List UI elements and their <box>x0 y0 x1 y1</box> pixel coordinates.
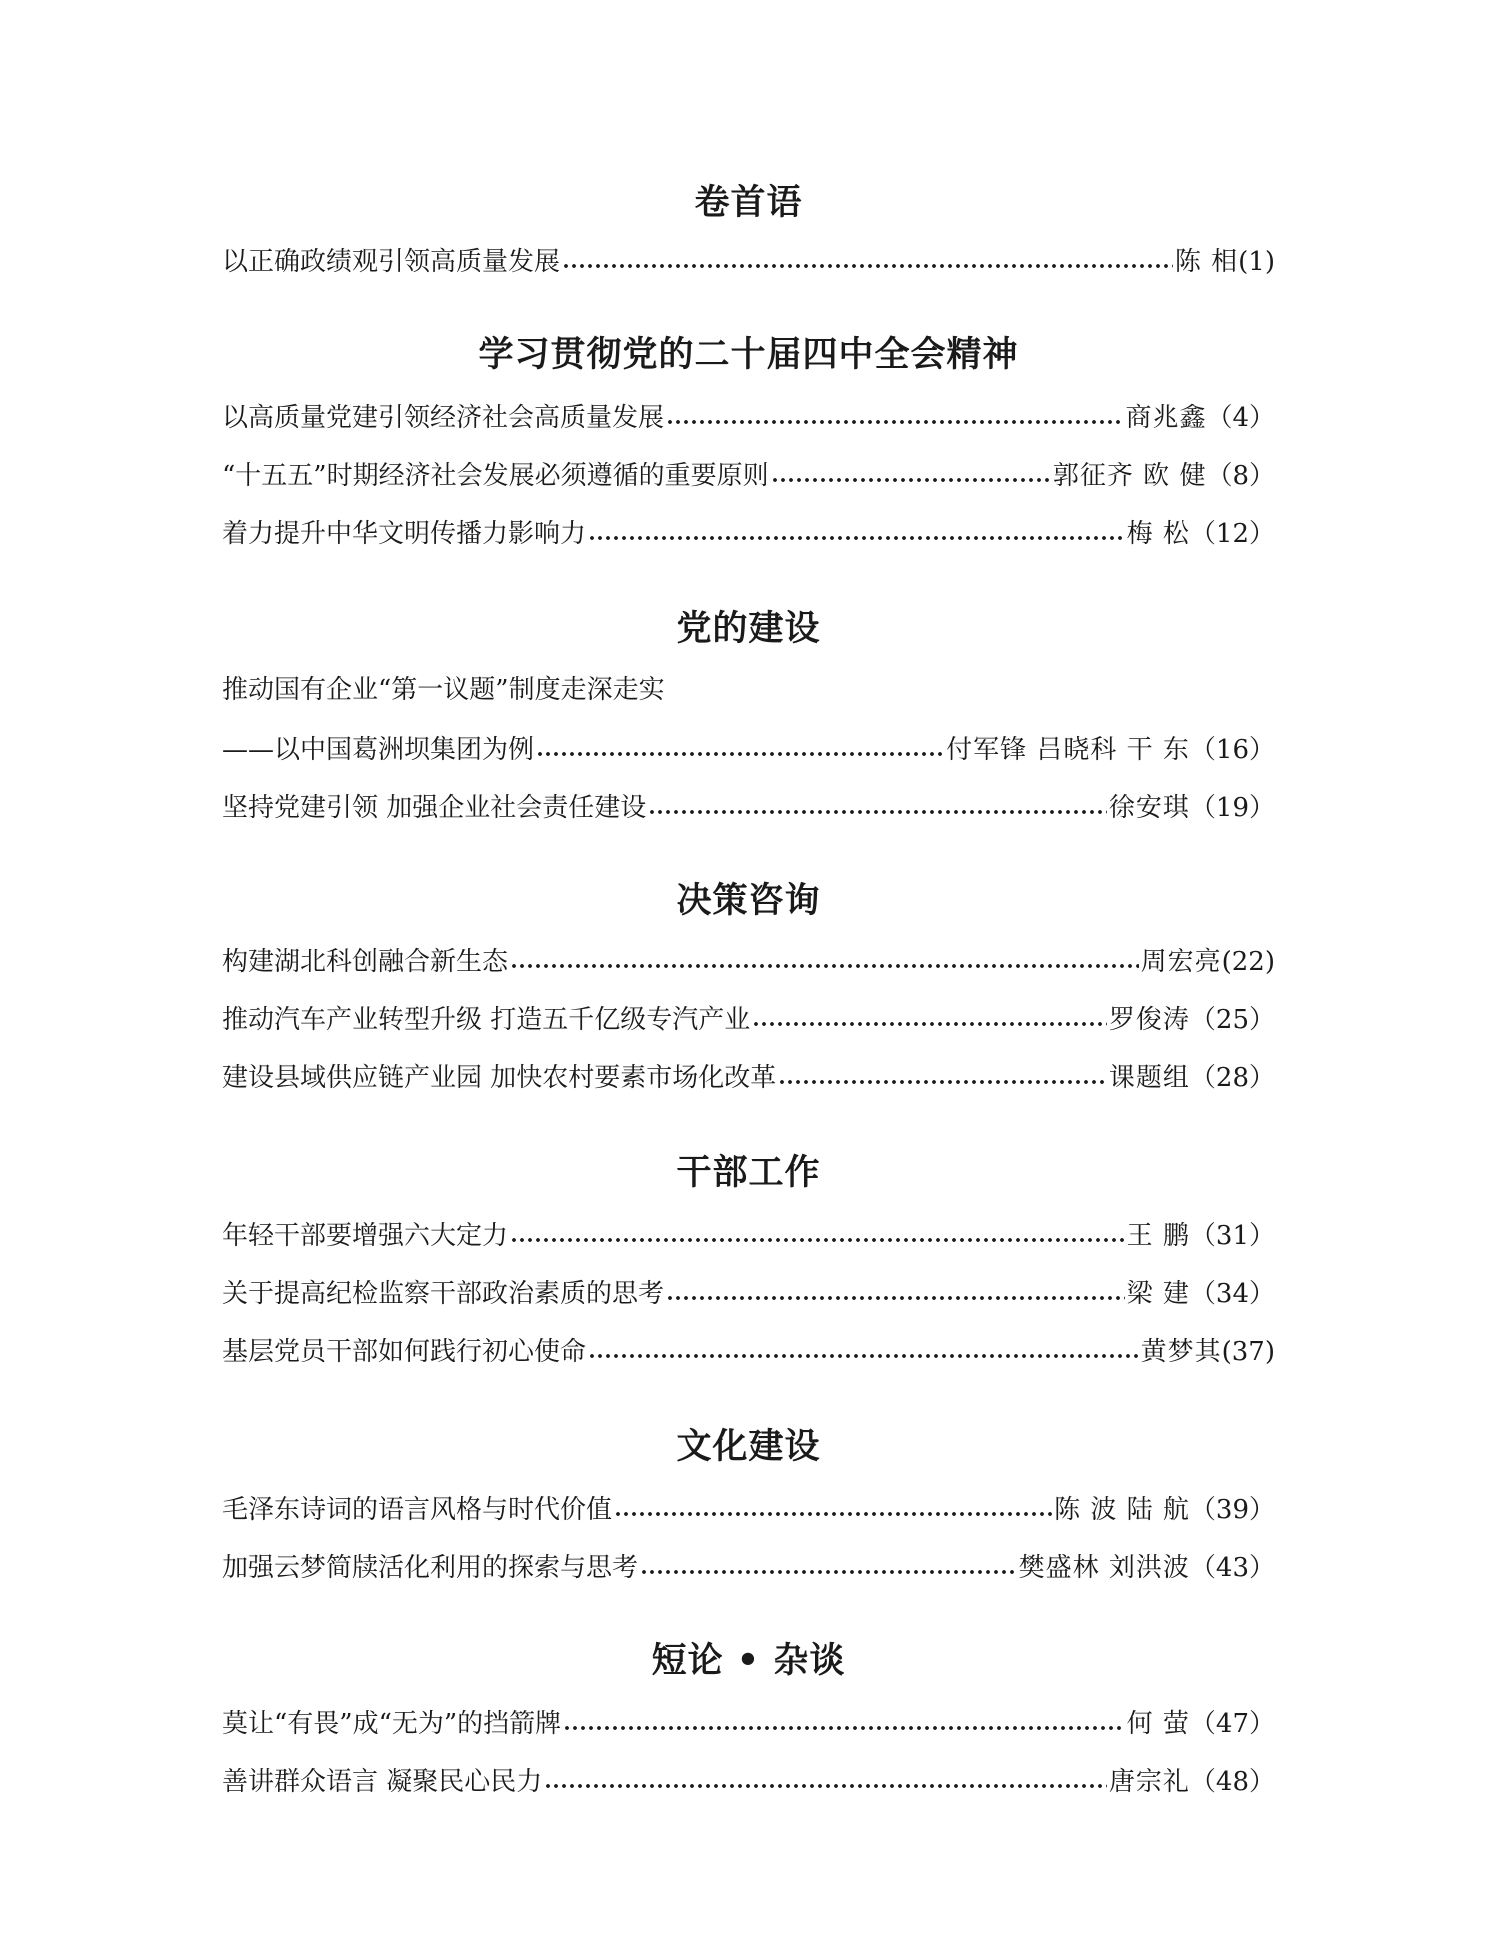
dot-leader <box>640 1567 1017 1577</box>
article-title: “十五五”时期经济社会发展必须遵循的重要原则 <box>222 458 769 494</box>
dot-leader <box>666 1293 1125 1303</box>
toc-entry[interactable]: 毛泽东诗词的语言风格与时代价值陈 波 陆 航（39） <box>222 1488 1275 1528</box>
section-heading: 短论 • 杂谈 <box>222 1636 1275 1686</box>
page-number: （25） <box>1190 1002 1275 1038</box>
page-number: （47） <box>1190 1706 1275 1742</box>
page-number: （39） <box>1190 1492 1275 1528</box>
page-number: （16） <box>1190 732 1275 768</box>
article-title: 构建湖北科创融合新生态 <box>222 944 508 980</box>
article-title: 基层党员干部如何践行初心使命 <box>222 1334 586 1370</box>
dot-leader <box>588 533 1125 543</box>
toc-entry[interactable]: 年轻干部要增强六大定力王 鹏（31） <box>222 1214 1275 1254</box>
article-title: 加强云梦简牍活化利用的探索与思考 <box>222 1550 638 1586</box>
article-title: 推动汽车产业转型升级 打造五千亿级专汽产业 <box>222 1002 750 1038</box>
section-heading: 卷首语 <box>222 178 1275 228</box>
toc-entry[interactable]: 基层党员干部如何践行初心使命黄梦其(37) <box>222 1330 1275 1370</box>
article-author: 黄梦其 <box>1141 1334 1222 1370</box>
toc-entry[interactable]: 善讲群众语言 凝聚民心民力唐宗礼（48） <box>222 1760 1275 1800</box>
article-author: 郭征齐 欧 健 <box>1053 458 1207 494</box>
page-number: （12） <box>1190 516 1275 552</box>
article-author: 商兆鑫 <box>1125 400 1206 436</box>
article-author: 付军锋 吕晓科 干 东 <box>946 732 1190 768</box>
page-number: （48） <box>1190 1764 1275 1800</box>
page-number: (1) <box>1238 244 1275 280</box>
dot-leader <box>536 749 944 759</box>
article-author: 梅 松 <box>1127 516 1190 552</box>
page-number: （19） <box>1190 790 1275 826</box>
toc-entry[interactable]: 推动国有企业“第一议题”制度走深走实 <box>222 668 1275 708</box>
article-author: 王 鹏 <box>1127 1218 1190 1254</box>
article-title: 建设县域供应链产业园 加快农村要素市场化改革 <box>222 1060 776 1096</box>
page-number: （43） <box>1190 1550 1275 1586</box>
article-title: 关于提高纪检监察干部政治素质的思考 <box>222 1276 664 1312</box>
article-author: 梁 建 <box>1127 1276 1190 1312</box>
article-author: 陈 相 <box>1175 244 1238 280</box>
article-title: ——以中国葛洲坝集团为例 <box>222 732 534 768</box>
article-title: 善讲群众语言 凝聚民心民力 <box>222 1764 542 1800</box>
dot-leader <box>771 475 1051 485</box>
article-title: 莫让“有畏”成“无为”的挡箭牌 <box>222 1706 561 1742</box>
article-title: 坚持党建引领 加强企业社会责任建设 <box>222 790 646 826</box>
dot-leader <box>510 961 1139 971</box>
toc-entry[interactable]: 建设县域供应链产业园 加快农村要素市场化改革课题组（28） <box>222 1056 1275 1096</box>
article-title: 以正确政绩观引领高质量发展 <box>222 244 560 280</box>
article-title: 年轻干部要增强六大定力 <box>222 1218 508 1254</box>
toc-entry[interactable]: 构建湖北科创融合新生态周宏亮(22) <box>222 940 1275 980</box>
section-heading: 决策咨询 <box>222 876 1275 926</box>
page-number: （31） <box>1190 1218 1275 1254</box>
article-author: 课题组 <box>1109 1060 1190 1096</box>
page-number: (22) <box>1222 944 1275 980</box>
page-number: （8） <box>1206 458 1275 494</box>
dot-leader <box>614 1509 1052 1519</box>
toc-entry[interactable]: “十五五”时期经济社会发展必须遵循的重要原则郭征齐 欧 健（8） <box>222 454 1275 494</box>
dot-leader <box>648 807 1107 817</box>
dot-leader <box>778 1077 1107 1087</box>
toc-entry[interactable]: 以高质量党建引领经济社会高质量发展商兆鑫（4） <box>222 396 1275 436</box>
section-heading: 文化建设 <box>222 1422 1275 1472</box>
section-heading: 党的建设 <box>222 604 1275 654</box>
dot-leader <box>563 1723 1124 1733</box>
article-title: 毛泽东诗词的语言风格与时代价值 <box>222 1492 612 1528</box>
toc-entry[interactable]: 关于提高纪检监察干部政治素质的思考梁 建（34） <box>222 1272 1275 1312</box>
dot-leader <box>562 261 1173 271</box>
toc-entry[interactable]: 以正确政绩观引领高质量发展陈 相(1) <box>222 240 1275 280</box>
dot-leader <box>752 1019 1107 1029</box>
page-number: （28） <box>1190 1060 1275 1096</box>
article-author: 唐宗礼 <box>1109 1764 1190 1800</box>
article-author: 何 萤 <box>1127 1706 1190 1742</box>
toc-entry[interactable]: ——以中国葛洲坝集团为例付军锋 吕晓科 干 东（16） <box>222 728 1275 768</box>
article-author: 罗俊涛 <box>1109 1002 1190 1038</box>
article-author: 陈 波 陆 航 <box>1054 1492 1190 1528</box>
toc-entry[interactable]: 着力提升中华文明传播力影响力梅 松（12） <box>222 512 1275 552</box>
toc-entry[interactable]: 加强云梦简牍活化利用的探索与思考樊盛林 刘洪波（43） <box>222 1546 1275 1586</box>
toc-entry[interactable]: 推动汽车产业转型升级 打造五千亿级专汽产业罗俊涛（25） <box>222 998 1275 1038</box>
page-number: （34） <box>1190 1276 1275 1312</box>
toc-entry[interactable]: 莫让“有畏”成“无为”的挡箭牌何 萤（47） <box>222 1702 1275 1742</box>
toc-entry[interactable]: 坚持党建引领 加强企业社会责任建设徐安琪（19） <box>222 786 1275 826</box>
dot-leader <box>588 1351 1139 1361</box>
article-author: 周宏亮 <box>1141 944 1222 980</box>
dot-leader <box>666 417 1123 427</box>
article-author: 徐安琪 <box>1109 790 1190 826</box>
page-number: (37) <box>1222 1334 1275 1370</box>
article-title: 以高质量党建引领经济社会高质量发展 <box>222 400 664 436</box>
dot-leader <box>510 1235 1125 1245</box>
dot-leader <box>544 1781 1107 1791</box>
section-heading: 学习贯彻党的二十届四中全会精神 <box>222 330 1275 380</box>
article-title: 推动国有企业“第一议题”制度走深走实 <box>222 672 665 708</box>
article-author: 樊盛林 刘洪波 <box>1019 1550 1190 1586</box>
page-number: （4） <box>1206 400 1275 436</box>
article-title: 着力提升中华文明传播力影响力 <box>222 516 586 552</box>
section-heading: 干部工作 <box>222 1148 1275 1198</box>
